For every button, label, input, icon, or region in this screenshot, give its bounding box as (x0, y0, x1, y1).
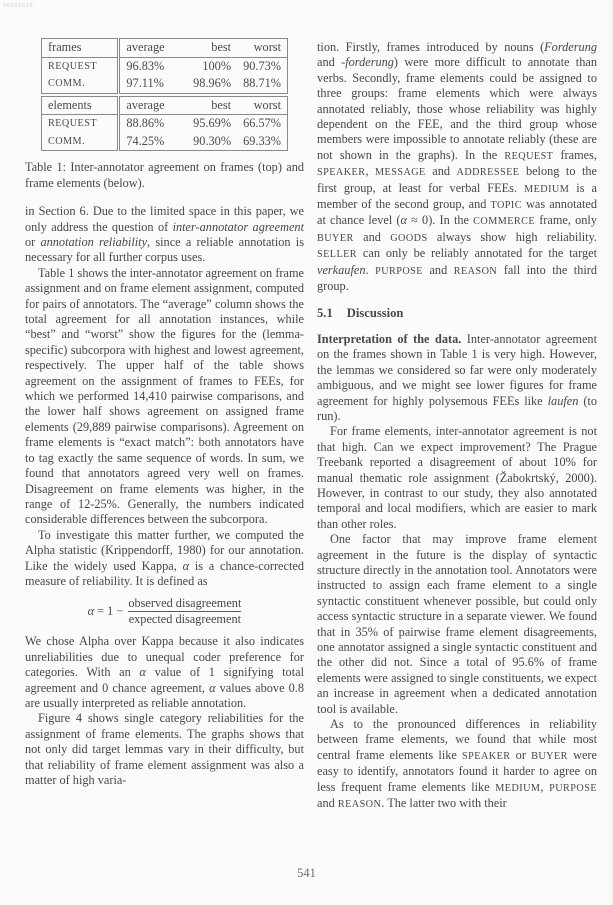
frame-element-term: GOODS (390, 233, 427, 244)
text-segment: frames, (553, 148, 597, 162)
table-cell: 90.73% (237, 57, 287, 75)
text-segment: and (317, 796, 338, 810)
frames-agreement-table: frames average best worst REQUEST 96.83%… (41, 38, 288, 94)
table-header-cell: average (119, 39, 181, 58)
paper-page: 00055036 frames average best worst REQUE… (0, 0, 613, 905)
scan-artifact-id: 00055036 (3, 3, 33, 9)
paragraph: As to the pronounced differences in reli… (317, 717, 597, 812)
row-label-cell: REQUEST (42, 115, 119, 133)
fraction-denominator: expected disagreement (128, 611, 241, 627)
table-header-cell: average (119, 96, 181, 115)
row-label-cell: REQUEST (42, 57, 119, 75)
frame-element-term: BUYER (531, 751, 568, 762)
table-header-row: frames average best worst (42, 39, 288, 58)
text-segment: One factor that may improve frame elemen… (317, 532, 597, 715)
elements-agreement-table: elements average best worst REQUEST 88.8… (41, 96, 288, 152)
text-segment: or (25, 235, 40, 249)
formula-lhs: α = 1 − (88, 604, 124, 619)
table-row: COMM. 74.25% 90.30% 69.33% (42, 133, 288, 151)
table-1: frames average best worst REQUEST 96.83%… (41, 38, 288, 151)
frame-element-term: REASON (338, 799, 381, 810)
formula-operator: = 1 − (94, 604, 123, 618)
table-cell: 96.83% (119, 57, 181, 75)
paragraph: We chose Alpha over Kappa because it als… (25, 634, 304, 711)
paragraph: Table 1 shows the inter-annotator agreem… (25, 266, 304, 528)
paragraph: tion. Firstly, frames introduced by noun… (317, 40, 597, 295)
text-segment: . The latter two with their (381, 796, 506, 810)
table-cell: 88.86% (119, 115, 181, 133)
frame-element-term: MEDIUM (495, 783, 540, 794)
paragraph: To investigate this matter further, we c… (25, 528, 304, 590)
table-cell: 95.69% (181, 115, 237, 133)
text-segment: Table 1 shows the inter-annotator agreem… (25, 266, 304, 527)
text-segment: always show high reliability. (428, 230, 597, 244)
text-segment: Forderung (544, 40, 597, 54)
fraction: observed disagreementexpected disagreeme… (128, 596, 241, 627)
frame-element-term: COMMERCE (473, 216, 535, 227)
table-cell: 66.57% (237, 115, 287, 133)
frame-element-term: SPEAKER (317, 167, 365, 178)
text-segment: ≈ 0). In the (407, 213, 473, 227)
table-header-cell: frames (42, 39, 119, 58)
paragraph: For frame elements, inter-annotator agre… (317, 424, 597, 532)
table-header-cell: elements (42, 96, 119, 115)
text-segment: -forderung (341, 55, 394, 69)
section-heading: 5.1Discussion (317, 306, 597, 321)
table-cell: 88.71% (237, 75, 287, 93)
text-segment: Figure 4 shows single category reliabili… (25, 711, 304, 787)
text-segment: . (365, 263, 375, 277)
text-segment: laufen (548, 394, 579, 408)
paragraph: in Section 6. Due to the limited space i… (25, 204, 304, 266)
table-header-cell: best (181, 39, 237, 58)
table-cell: 97.11% (119, 75, 181, 93)
text-segment: and (354, 230, 390, 244)
text-segment: and (317, 55, 341, 69)
text-segment: tion. Firstly, frames introduced by noun… (317, 40, 544, 54)
table-row: REQUEST 96.83% 100% 90.73% (42, 57, 288, 75)
table-header-row: elements average best worst (42, 96, 288, 115)
fraction-numerator: observed disagreement (128, 596, 241, 611)
table-header-cell: best (181, 96, 237, 115)
frame-element-term: ADDRESSEE (457, 167, 520, 178)
left-column: frames average best worst REQUEST 96.83%… (25, 38, 304, 813)
table-cell: 74.25% (119, 133, 181, 151)
paragraph: One factor that may improve frame elemen… (317, 532, 597, 717)
text-segment: can only be reliably annotated for the t… (357, 246, 597, 260)
frame-element-term: PURPOSE (549, 783, 597, 794)
frame-element-term: SPEAKER (462, 751, 510, 762)
text-segment: Interpretation of the data. (317, 332, 461, 346)
paragraph: Interpretation of the data. Inter-annota… (317, 332, 597, 424)
frame-element-term: BUYER (317, 233, 354, 244)
paragraph: Figure 4 shows single category reliabili… (25, 711, 304, 788)
frame-element-term: MESSAGE (375, 167, 426, 178)
table-caption: Table 1: Inter-annotator agreement on fr… (25, 160, 304, 191)
text-segment: frame, only (535, 213, 597, 227)
section-number: 5.1 (317, 306, 333, 320)
section-title: Discussion (347, 306, 404, 320)
table-cell: 98.96% (181, 75, 237, 93)
text-segment: ) were more difficult to annotate than v… (317, 55, 597, 161)
text-segment: verkaufen (317, 263, 365, 277)
table-cell: 90.30% (181, 133, 237, 151)
alpha-formula: α = 1 −observed disagreementexpected dis… (25, 596, 304, 627)
table-cell: 100% (181, 57, 237, 75)
frame-element-term: REASON (454, 266, 497, 277)
text-segment: annotation reliability (40, 235, 147, 249)
two-column-layout: frames average best worst REQUEST 96.83%… (25, 38, 597, 813)
frame-element-term: MEDIUM (524, 184, 569, 195)
page-number: 541 (0, 866, 613, 881)
text-segment: inter-annotator agreement (173, 220, 304, 234)
text-segment: and (423, 263, 454, 277)
right-column: tion. Firstly, frames introduced by noun… (317, 38, 597, 813)
text-segment: and (426, 164, 457, 178)
text-segment: , (365, 164, 375, 178)
table-cell: 69.33% (237, 133, 287, 151)
frame-element-term: PURPOSE (375, 266, 423, 277)
frame-element-term: REQUEST (504, 151, 553, 162)
text-segment: For frame elements, inter-annotator agre… (317, 424, 597, 530)
table-header-cell: worst (237, 96, 287, 115)
frame-element-term: SELLER (317, 249, 357, 260)
right-column-text: tion. Firstly, frames introduced by noun… (317, 40, 597, 813)
left-column-text: in Section 6. Due to the limited space i… (25, 204, 304, 788)
row-label-cell: COMM. (42, 75, 119, 93)
formula-body: α = 1 −observed disagreementexpected dis… (88, 596, 242, 627)
table-row: COMM. 97.11% 98.96% 88.71% (42, 75, 288, 93)
text-segment: , (540, 780, 549, 794)
table-row: REQUEST 88.86% 95.69% 66.57% (42, 115, 288, 133)
row-label-cell: COMM. (42, 133, 119, 151)
table-header-cell: worst (237, 39, 287, 58)
frame-element-term: TOPIC (490, 200, 522, 211)
text-segment: or (510, 748, 531, 762)
